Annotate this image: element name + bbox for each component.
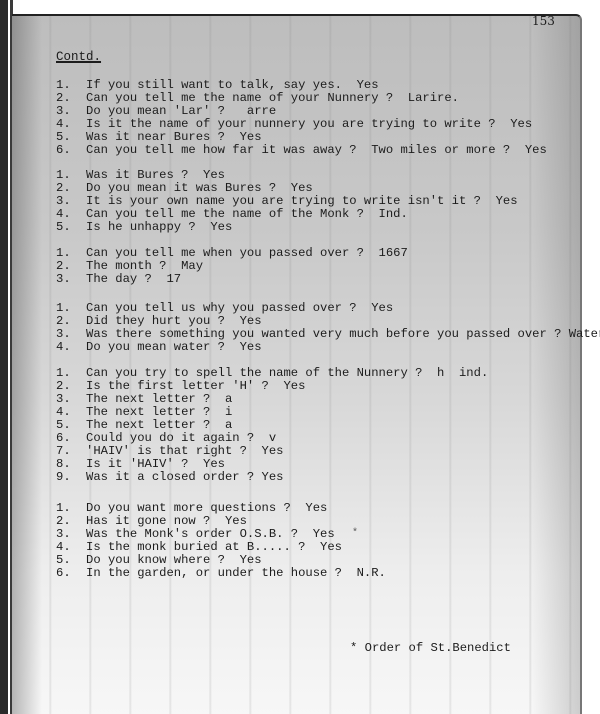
footnote: * Order of St.Benedict (350, 641, 511, 655)
question-line: 4.Do you mean water ? Yes (56, 341, 600, 354)
section-6: 1.Do you want more questions ? Yes2.Has … (56, 502, 386, 580)
line-number: 6. (56, 567, 86, 580)
section-5: 1.Can you try to spell the name of the N… (56, 367, 488, 484)
question-text: In the garden, or under the house ? N.R. (86, 567, 386, 580)
page-heading: Contd. (56, 50, 101, 64)
question-text: Can you tell me how far it was away ? Tw… (86, 144, 547, 157)
section-4: 1.Can you tell us why you passed over ? … (56, 302, 600, 354)
question-text: Was it a closed order ? Yes (86, 471, 283, 484)
question-line: 6.In the garden, or under the house ? N.… (56, 567, 386, 580)
line-number: 6. (56, 144, 86, 157)
question-text: Do you mean water ? Yes (86, 341, 262, 354)
section-1: 1.If you still want to talk, say yes. Ye… (56, 79, 547, 157)
question-line: 9.Was it a closed order ? Yes (56, 471, 488, 484)
question-text: The day ? 17 (86, 273, 181, 286)
page-number: 153 (532, 14, 555, 28)
line-number: 5. (56, 221, 86, 234)
line-number: 9. (56, 471, 86, 484)
line-number: 4. (56, 341, 86, 354)
section-3: 1.Can you tell me when you passed over ?… (56, 247, 408, 286)
scan-left-edge (0, 0, 8, 714)
line-number: 3. (56, 273, 86, 286)
section-2: 1.Was it Bures ? Yes2.Do you mean it was… (56, 169, 518, 234)
footnote-marker: * (352, 528, 358, 539)
question-line: 3.The day ? 17 (56, 273, 408, 286)
question-text: Is he unhappy ? Yes (86, 221, 232, 234)
question-line: 6.Can you tell me how far it was away ? … (56, 144, 547, 157)
question-line: 5.Is he unhappy ? Yes (56, 221, 518, 234)
